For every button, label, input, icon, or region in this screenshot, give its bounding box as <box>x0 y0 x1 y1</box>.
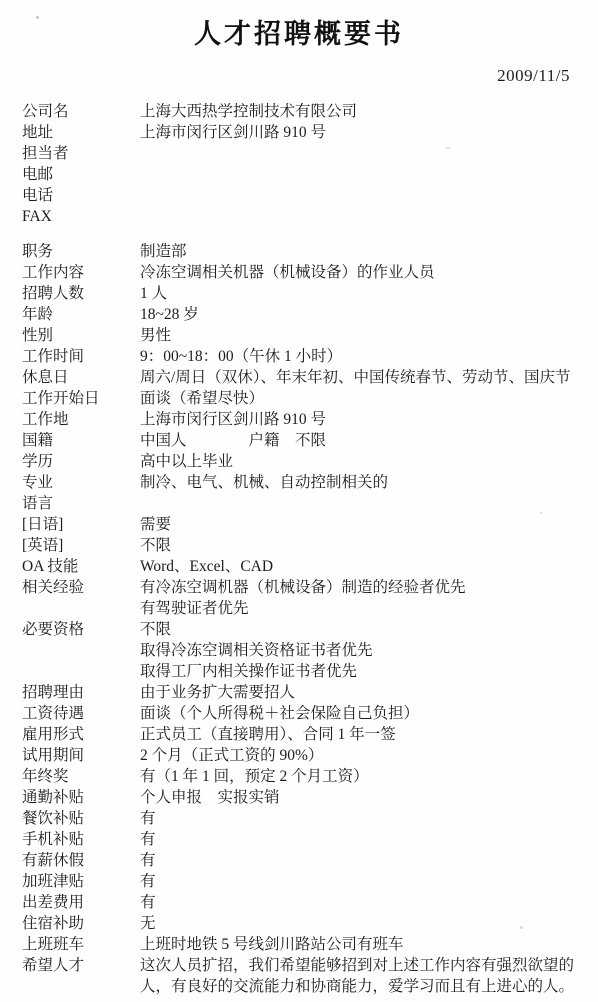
field-value: 无 <box>140 913 582 934</box>
field-value-line: 上海市闵行区剑川路 910 号 <box>140 122 582 143</box>
field-row: 学历 高中以上毕业 <box>22 451 582 472</box>
field-label: 工作时间 <box>22 346 140 367</box>
field-label: 雇用形式 <box>22 724 140 745</box>
field-label: 招聘理由 <box>22 682 140 703</box>
field-value-line: 个人申报 实报实销 <box>140 787 582 808</box>
field-value-line: 无 <box>140 913 582 934</box>
field-label: 公司名 <box>22 101 140 122</box>
field-value-line: 有 <box>140 892 582 913</box>
field-value: 有 <box>140 829 582 850</box>
field-row: 公司名 上海大西热学控制技术有限公司 <box>22 101 582 122</box>
field-value-line: 有冷冻空调机器（机械设备）制造的经验者优先 <box>140 577 582 598</box>
field-value <box>140 143 582 164</box>
field-value-line <box>140 164 582 185</box>
field-value: Word、Excel、CAD <box>140 556 582 577</box>
field-label: 必要资格 <box>22 619 140 640</box>
field-value: 制造部 <box>140 241 582 262</box>
field-row: 国籍 中国人 户籍 不限 <box>22 430 582 451</box>
field-value-line: 有 <box>140 829 582 850</box>
field-value: 上海大西热学控制技术有限公司 <box>140 101 582 122</box>
field-value: 制冷、电气、机械、自动控制相关的 <box>140 472 582 493</box>
field-row: 上班班车 上班时地铁 5 号线剑川路站公司有班车 <box>22 934 582 955</box>
field-label: 专业 <box>22 472 140 493</box>
field-value: 面谈（希望尽快） <box>140 388 582 409</box>
field-label: 职务 <box>22 241 140 262</box>
field-value-line: 有驾驶证者优先 <box>140 598 582 619</box>
field-label: 电邮 <box>22 164 140 185</box>
field-row: 担当者 <box>22 143 582 164</box>
field-value: 周六/周日（双休）、年末年初、中国传统春节、劳动节、国庆节 <box>140 367 582 388</box>
field-label: 语言 <box>22 493 140 514</box>
field-value-line: 男性 <box>140 325 582 346</box>
field-row: 休息日 周六/周日（双休）、年末年初、中国传统春节、劳动节、国庆节 <box>22 367 582 388</box>
field-value: 这次人员扩招，我们希望能够招到对上述工作内容有强烈欲望的人，有良好的交流能力和协… <box>140 955 582 997</box>
field-value: 冷冻空调相关机器（机械设备）的作业人员 <box>140 262 582 283</box>
field-value-line: 不限 <box>140 535 582 556</box>
field-value <box>140 493 582 514</box>
field-label: 试用期间 <box>22 745 140 766</box>
field-label: 电话 <box>22 185 140 206</box>
field-value: 1 人 <box>140 283 582 304</box>
field-value: 面谈（个人所得税＋社会保险自己负担） <box>140 703 582 724</box>
field-row: 通勤补贴 个人申报 实报实销 <box>22 787 582 808</box>
field-value-line: 18~28 岁 <box>140 304 582 325</box>
field-row: 工资待遇 面谈（个人所得税＋社会保险自己负担） <box>22 703 582 724</box>
field-row: 住宿补助 无 <box>22 913 582 934</box>
field-row: 性别 男性 <box>22 325 582 346</box>
field-label: OA 技能 <box>22 556 140 577</box>
field-row: 年终奖 有（1 年 1 回，预定 2 个月工资） <box>22 766 582 787</box>
field-value: 男性 <box>140 325 582 346</box>
fields: 公司名 上海大西热学控制技术有限公司 地址 上海市闵行区剑川路 910 号 担当… <box>0 101 598 997</box>
scan-artifact <box>540 512 543 514</box>
field-label: 担当者 <box>22 143 140 164</box>
field-value-line: Word、Excel、CAD <box>140 556 582 577</box>
scan-artifact <box>520 926 523 929</box>
field-value: 上海市闵行区剑川路 910 号 <box>140 122 582 143</box>
field-value-line: 有 <box>140 871 582 892</box>
field-label: [英语] <box>22 535 140 556</box>
scan-artifact <box>36 16 39 19</box>
field-label: 餐饮补贴 <box>22 808 140 829</box>
field-value-line: 中国人 户籍 不限 <box>140 430 582 451</box>
field-row: 招聘人数 1 人 <box>22 283 582 304</box>
field-value: 中国人 户籍 不限 <box>140 430 582 451</box>
field-value: 9：00~18：00（午休 1 小时） <box>140 346 582 367</box>
field-value-line: 有 <box>140 808 582 829</box>
field-label: 国籍 <box>22 430 140 451</box>
field-row: 餐饮补贴 有 <box>22 808 582 829</box>
document-date: 2009/11/5 <box>0 66 598 86</box>
field-value: 个人申报 实报实销 <box>140 787 582 808</box>
field-row: 加班津贴 有 <box>22 871 582 892</box>
field-label: 出差费用 <box>22 892 140 913</box>
field-value: 有（1 年 1 回，预定 2 个月工资） <box>140 766 582 787</box>
field-label: 工作地 <box>22 409 140 430</box>
field-value: 有冷冻空调机器（机械设备）制造的经验者优先有驾驶证者优先 <box>140 577 582 619</box>
field-row: 试用期间 2 个月（正式工资的 90%） <box>22 745 582 766</box>
field-label: 相关经验 <box>22 577 140 598</box>
field-value-line: 高中以上毕业 <box>140 451 582 472</box>
field-label: FAX <box>22 206 140 227</box>
field-value-line: 取得工厂内相关操作证书者优先 <box>140 661 582 682</box>
field-row: 工作地 上海市闵行区剑川路 910 号 <box>22 409 582 430</box>
field-value: 有 <box>140 850 582 871</box>
field-value-line: 上海大西热学控制技术有限公司 <box>140 101 582 122</box>
field-value-line: 不限 <box>140 619 582 640</box>
field-value <box>140 185 582 206</box>
field-row: [日语] 需要 <box>22 514 582 535</box>
field-label: 年龄 <box>22 304 140 325</box>
field-value-line: 2 个月（正式工资的 90%） <box>140 745 582 766</box>
field-value-line: 面谈（个人所得税＋社会保险自己负担） <box>140 703 582 724</box>
field-value: 上班时地铁 5 号线剑川路站公司有班车 <box>140 934 582 955</box>
field-value-line: 面谈（希望尽快） <box>140 388 582 409</box>
field-value-line: 由于业务扩大需要招人 <box>140 682 582 703</box>
field-row: OA 技能 Word、Excel、CAD <box>22 556 582 577</box>
field-value-line: 有 <box>140 850 582 871</box>
field-row: 电邮 <box>22 164 582 185</box>
field-value: 正式员工（直接聘用）、合同 1 年一签 <box>140 724 582 745</box>
field-value-line: 有（1 年 1 回，预定 2 个月工资） <box>140 766 582 787</box>
field-value-line: 1 人 <box>140 283 582 304</box>
field-label: 工作开始日 <box>22 388 140 409</box>
field-row: 专业 制冷、电气、机械、自动控制相关的 <box>22 472 582 493</box>
field-label: 年终奖 <box>22 766 140 787</box>
field-row: 有薪休假 有 <box>22 850 582 871</box>
page-title: 人才招聘概要书 <box>0 12 598 51</box>
field-value: 有 <box>140 871 582 892</box>
field-value-line: 周六/周日（双休）、年末年初、中国传统春节、劳动节、国庆节 <box>140 367 582 388</box>
field-label: 休息日 <box>22 367 140 388</box>
field-label: 手机补贴 <box>22 829 140 850</box>
field-value: 有 <box>140 808 582 829</box>
field-label: 上班班车 <box>22 934 140 955</box>
field-row: 年龄 18~28 岁 <box>22 304 582 325</box>
field-value-line: 冷冻空调相关机器（机械设备）的作业人员 <box>140 262 582 283</box>
field-row: 必要资格 不限取得冷冻空调相关资格证书者优先取得工厂内相关操作证书者优先 <box>22 619 582 682</box>
field-value <box>140 164 582 185</box>
field-row: FAX <box>22 206 582 227</box>
field-row: 职务 制造部 <box>22 241 582 262</box>
field-value: 高中以上毕业 <box>140 451 582 472</box>
field-value: 不限 <box>140 535 582 556</box>
field-value-line: 制造部 <box>140 241 582 262</box>
field-value-line <box>140 143 582 164</box>
field-label: [日语] <box>22 514 140 535</box>
field-value-line: 取得冷冻空调相关资格证书者优先 <box>140 640 582 661</box>
field-value: 不限取得冷冻空调相关资格证书者优先取得工厂内相关操作证书者优先 <box>140 619 582 682</box>
field-value-line: 9：00~18：00（午休 1 小时） <box>140 346 582 367</box>
field-value: 18~28 岁 <box>140 304 582 325</box>
field-value-line: 这次人员扩招，我们希望能够招到对上述工作内容有强烈欲望的 <box>140 955 582 976</box>
field-row: 工作内容 冷冻空调相关机器（机械设备）的作业人员 <box>22 262 582 283</box>
field-row: [英语] 不限 <box>22 535 582 556</box>
field-label: 住宿补助 <box>22 913 140 934</box>
field-value <box>140 206 582 227</box>
field-value-line <box>140 493 582 514</box>
field-value: 需要 <box>140 514 582 535</box>
field-value-line: 需要 <box>140 514 582 535</box>
document-page: 人才招聘概要书 2009/11/5 公司名 上海大西热学控制技术有限公司 地址 … <box>0 0 598 1002</box>
field-row: 希望人才 这次人员扩招，我们希望能够招到对上述工作内容有强烈欲望的人，有良好的交… <box>22 955 582 997</box>
field-row: 地址 上海市闵行区剑川路 910 号 <box>22 122 582 143</box>
field-value-line <box>140 206 582 227</box>
field-label: 有薪休假 <box>22 850 140 871</box>
field-value: 有 <box>140 892 582 913</box>
field-label: 通勤补贴 <box>22 787 140 808</box>
field-row: 语言 <box>22 493 582 514</box>
field-row: 出差费用 有 <box>22 892 582 913</box>
field-label: 工作内容 <box>22 262 140 283</box>
field-value-line: 制冷、电气、机械、自动控制相关的 <box>140 472 582 493</box>
field-value-line: 人，有良好的交流能力和协商能力，爱学习而且有上进心的人。 <box>140 976 582 997</box>
field-value-line: 上班时地铁 5 号线剑川路站公司有班车 <box>140 934 582 955</box>
field-label: 地址 <box>22 122 140 143</box>
field-label: 招聘人数 <box>22 283 140 304</box>
field-row: 工作开始日 面谈（希望尽快） <box>22 388 582 409</box>
field-value-line <box>140 185 582 206</box>
field-value-line: 正式员工（直接聘用）、合同 1 年一签 <box>140 724 582 745</box>
field-row: 电话 <box>22 185 582 206</box>
field-value: 由于业务扩大需要招人 <box>140 682 582 703</box>
field-value: 上海市闵行区剑川路 910 号 <box>140 409 582 430</box>
field-label: 学历 <box>22 451 140 472</box>
field-label: 希望人才 <box>22 955 140 976</box>
field-value-line: 上海市闵行区剑川路 910 号 <box>140 409 582 430</box>
field-row: 手机补贴 有 <box>22 829 582 850</box>
field-row: 雇用形式 正式员工（直接聘用）、合同 1 年一签 <box>22 724 582 745</box>
field-row: 招聘理由 由于业务扩大需要招人 <box>22 682 582 703</box>
scan-artifact <box>446 147 450 149</box>
field-row: 相关经验 有冷冻空调机器（机械设备）制造的经验者优先有驾驶证者优先 <box>22 577 582 619</box>
field-value: 2 个月（正式工资的 90%） <box>140 745 582 766</box>
field-label: 加班津贴 <box>22 871 140 892</box>
field-row: 工作时间 9：00~18：00（午休 1 小时） <box>22 346 582 367</box>
field-label: 工资待遇 <box>22 703 140 724</box>
field-label: 性别 <box>22 325 140 346</box>
